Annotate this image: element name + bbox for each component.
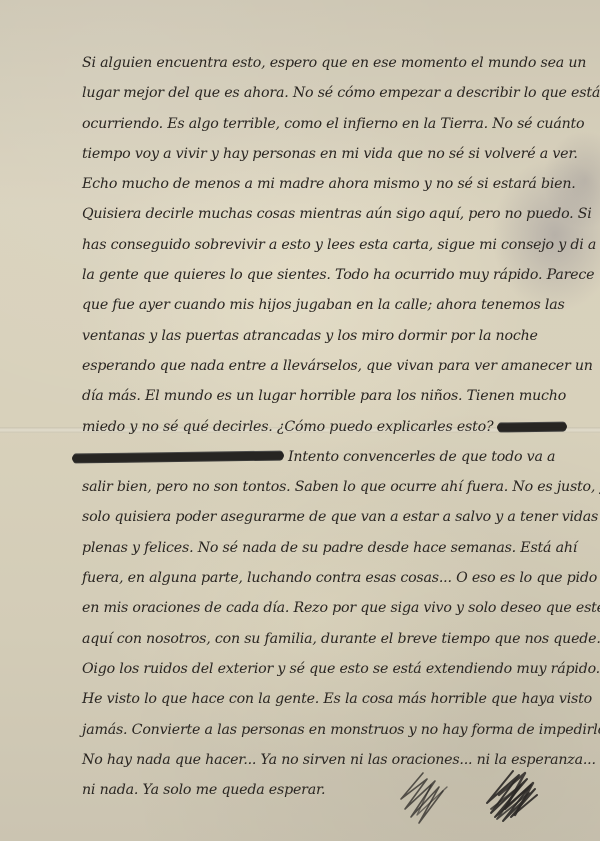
letter-line: la gente que quieres lo que sientes. Tod… bbox=[82, 260, 582, 290]
signature-scribble bbox=[395, 765, 575, 835]
letter-line: ventanas y las puertas atrancadas y los … bbox=[82, 321, 582, 351]
letter-line: Echo mucho de menos a mi madre ahora mis… bbox=[82, 169, 582, 199]
redaction-scribble bbox=[72, 451, 284, 462]
letter-line: ocurriendo. Es algo terrible, como el in… bbox=[82, 109, 582, 139]
letter-line: solo quisiera poder asegurarme de que va… bbox=[82, 502, 582, 532]
letter-line: has conseguido sobrevivir a esto y lees … bbox=[82, 230, 582, 260]
letter-line: Quisiera decirle muchas cosas mientras a… bbox=[82, 199, 582, 229]
letter-line-text: miedo y no sé qué decirles. ¿Cómo puedo … bbox=[82, 419, 493, 435]
letter-line: Si alguien encuentra esto, espero que en… bbox=[82, 48, 582, 78]
letter-line: día más. El mundo es un lugar horrible p… bbox=[82, 381, 582, 411]
letter-line-text: Intento convencerles de que todo va a bbox=[288, 449, 555, 465]
letter-line: lugar mejor del que es ahora. No sé cómo… bbox=[82, 78, 582, 108]
letter-line: salir bien, pero no son tontos. Saben lo… bbox=[82, 472, 582, 502]
letter-line: Oigo los ruidos del exterior y sé que es… bbox=[82, 654, 582, 684]
letter-line: miedo y no sé qué decirles. ¿Cómo puedo … bbox=[82, 412, 582, 442]
letter-line: jamás. Convierte a las personas en monst… bbox=[82, 715, 582, 745]
redaction-scribble bbox=[497, 422, 567, 431]
letter-line: fuera, en alguna parte, luchando contra … bbox=[82, 563, 582, 593]
letter-line: que fue ayer cuando mis hijos jugaban en… bbox=[82, 290, 582, 320]
letter-body: Si alguien encuentra esto, espero que en… bbox=[82, 48, 582, 805]
letter-line: tiempo voy a vivir y hay personas en mi … bbox=[82, 139, 582, 169]
letter-line: esperando que nada entre a llevárselos, … bbox=[82, 351, 582, 381]
letter-line: plenas y felices. No sé nada de su padre… bbox=[82, 533, 582, 563]
letter-line: aquí con nosotros, con su familia, duran… bbox=[82, 624, 582, 654]
letter-line: He visto lo que hace con la gente. Es la… bbox=[82, 684, 582, 714]
letter-line: Intento convencerles de que todo va a bbox=[82, 442, 582, 472]
letter-line: en mis oraciones de cada día. Rezo por q… bbox=[82, 593, 582, 623]
